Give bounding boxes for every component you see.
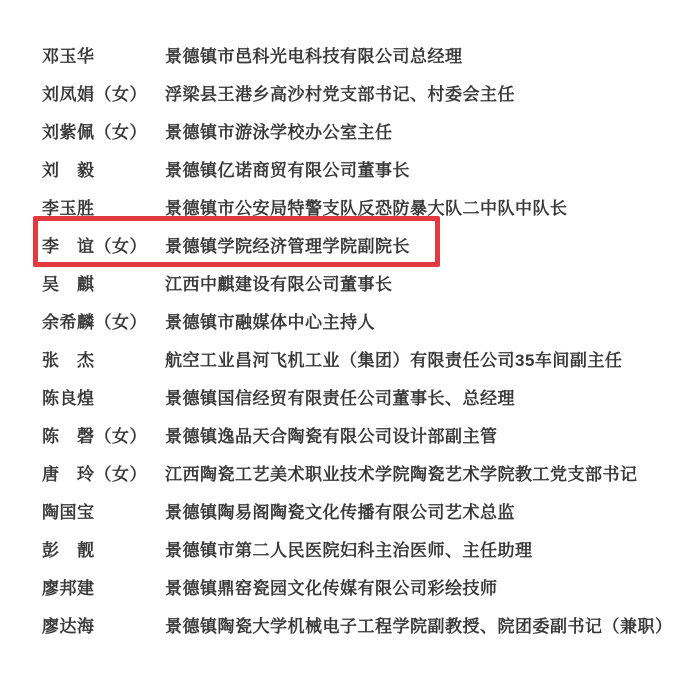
- person-title: 航空工业昌河飞机工业（集团）有限责任公司35车间副主任: [165, 346, 622, 371]
- table-row: 陶国宝 景德镇陶易阁陶瓷文化传播有限公司艺术总监: [0, 491, 692, 529]
- table-row: 刘 毅 景德镇亿诺商贸有限公司董事长: [0, 149, 692, 187]
- table-row: 邓玉华 景德镇市邑科光电科技有限公司总经理: [0, 35, 692, 73]
- person-name: 陈良煌: [42, 384, 165, 409]
- person-name: 余希麟（女）: [42, 308, 165, 333]
- person-title: 景德镇市公安局特警支队反恐防暴大队二中队中队长: [165, 194, 568, 219]
- table-row: 余希麟（女） 景德镇市融媒体中心主持人: [0, 301, 692, 339]
- person-title: 景德镇逸品天合陶瓷有限公司设计部副主管: [165, 422, 498, 447]
- person-title: 景德镇市第二人民医院妇科主治医师、主任助理: [165, 536, 533, 561]
- person-title: 景德镇陶瓷大学机械电子工程学院副教授、院团委副书记（兼职）: [165, 612, 673, 637]
- table-row: 陈良煌 景德镇国信经贸有限责任公司董事长、总经理: [0, 377, 692, 415]
- person-title: 景德镇市邑科光电科技有限公司总经理: [165, 42, 463, 67]
- person-name: 张 杰: [42, 346, 165, 371]
- person-name: 刘 毅: [42, 156, 165, 181]
- table-row: 刘凤娟（女） 浮梁县王港乡高沙村党支部书记、村委会主任: [0, 73, 692, 111]
- person-name: 陶国宝: [42, 498, 165, 523]
- table-row: 李 谊（女） 景德镇学院经济管理学院副院长: [0, 225, 692, 263]
- person-title: 江西陶瓷工艺美术职业技术学院陶瓷艺术学院教工党支部书记: [165, 460, 638, 485]
- person-name: 廖邦建: [42, 574, 165, 599]
- person-title: 景德镇国信经贸有限责任公司董事长、总经理: [165, 384, 515, 409]
- person-title: 景德镇陶易阁陶瓷文化传播有限公司艺术总监: [165, 498, 515, 523]
- person-title: 景德镇学院经济管理学院副院长: [165, 232, 410, 257]
- person-title: 景德镇市游泳学校办公室主任: [165, 118, 393, 143]
- table-row: 廖达海 景德镇陶瓷大学机械电子工程学院副教授、院团委副书记（兼职）: [0, 605, 692, 643]
- roster-list: 邓玉华 景德镇市邑科光电科技有限公司总经理 刘凤娟（女） 浮梁县王港乡高沙村党支…: [0, 0, 692, 643]
- person-name: 唐 玲（女）: [42, 460, 165, 485]
- person-name: 刘凤娟（女）: [42, 80, 165, 105]
- table-row: 陈 磬（女） 景德镇逸品天合陶瓷有限公司设计部副主管: [0, 415, 692, 453]
- person-name: 吴 麒: [42, 270, 165, 295]
- table-row: 刘紫佩（女） 景德镇市游泳学校办公室主任: [0, 111, 692, 149]
- table-row: 廖邦建 景德镇鼎窑瓷园文化传媒有限公司彩绘技师: [0, 567, 692, 605]
- person-name: 邓玉华: [42, 42, 165, 67]
- table-row: 吴 麒 江西中麒建设有限公司董事长: [0, 263, 692, 301]
- document-page: 邓玉华 景德镇市邑科光电科技有限公司总经理 刘凤娟（女） 浮梁县王港乡高沙村党支…: [0, 0, 692, 677]
- person-name: 李玉胜: [42, 194, 165, 219]
- table-row: 张 杰 航空工业昌河飞机工业（集团）有限责任公司35车间副主任: [0, 339, 692, 377]
- person-title: 江西中麒建设有限公司董事长: [165, 270, 393, 295]
- person-title: 浮梁县王港乡高沙村党支部书记、村委会主任: [165, 80, 515, 105]
- person-title: 景德镇鼎窑瓷园文化传媒有限公司彩绘技师: [165, 574, 498, 599]
- person-title: 景德镇市融媒体中心主持人: [165, 308, 375, 333]
- person-name: 刘紫佩（女）: [42, 118, 165, 143]
- person-name: 廖达海: [42, 612, 165, 637]
- person-name: 陈 磬（女）: [42, 422, 165, 447]
- person-name: 李 谊（女）: [42, 232, 165, 257]
- table-row: 李玉胜 景德镇市公安局特警支队反恐防暴大队二中队中队长: [0, 187, 692, 225]
- table-row: 唐 玲（女） 江西陶瓷工艺美术职业技术学院陶瓷艺术学院教工党支部书记: [0, 453, 692, 491]
- table-row: 彭 靓 景德镇市第二人民医院妇科主治医师、主任助理: [0, 529, 692, 567]
- person-title: 景德镇亿诺商贸有限公司董事长: [165, 156, 410, 181]
- person-name: 彭 靓: [42, 536, 165, 561]
